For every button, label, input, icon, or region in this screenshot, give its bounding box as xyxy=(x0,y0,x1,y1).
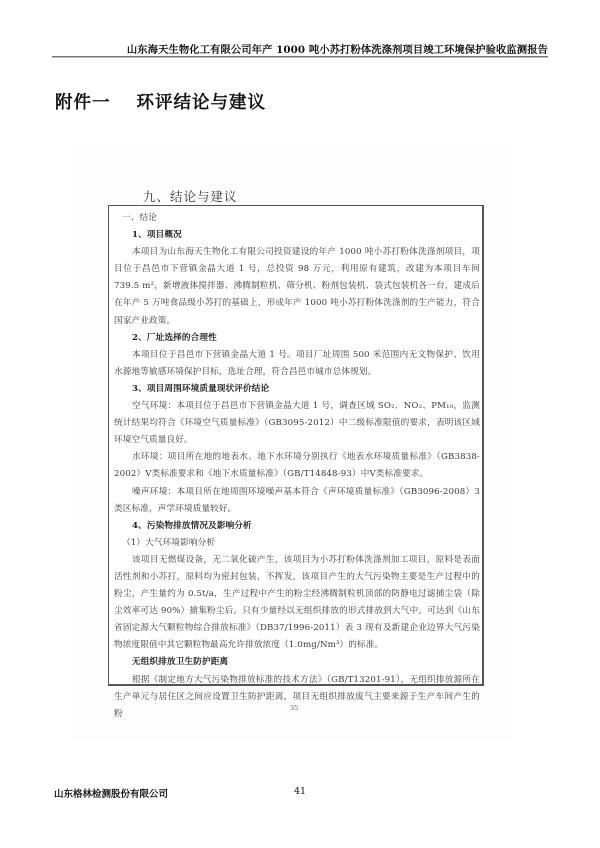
para-5: 3、项目周围环境质量现状评价结论 xyxy=(114,381,480,398)
scanned-page-number: 35 xyxy=(290,704,298,712)
para-6: 空气环境：本项目位于昌邑市下营镇金晶大道 1 号，调查区域 SO₂、NO₂、PM… xyxy=(114,398,480,449)
appendix-title: 附件一环评结论与建议 xyxy=(55,89,266,114)
appendix-label: 附件一 xyxy=(55,93,111,113)
para-1: 1、项目概况 xyxy=(114,227,480,244)
para-2: 本项目为山东海天生物化工有限公司投资建设的年产 1000 吨小苏打粉体洗涤剂项目… xyxy=(114,244,480,329)
para-9: 4、污染物排放情况及影响分析 xyxy=(114,518,480,535)
para-12: 无组织排放卫生防护距离 xyxy=(114,654,480,671)
scanned-section-title: 九、结论与建议 xyxy=(143,187,238,205)
para-13: 根据《制定地方大气污染物排放标准的技术方法》（GB/T13201-91），无组织… xyxy=(114,672,480,723)
appendix-heading: 环评结论与建议 xyxy=(137,93,267,113)
footer-page-number: 41 xyxy=(294,786,306,797)
para-10: （1）大气环境影响分析 xyxy=(114,535,480,552)
footer-company: 山东格林检测股份有限公司 xyxy=(54,786,168,800)
header-rule xyxy=(52,56,548,58)
para-11: 该项目无燃煤设备，无二氧化硫产生，该项目为小苏打粉体洗涤剂加工项目，原料是表面活… xyxy=(114,552,480,655)
para-0: 一、结论 xyxy=(114,210,480,227)
running-header: 山东海天生物化工有限公司年产 1000 吨小苏打粉体洗涤剂项目竣工环境保护验收监… xyxy=(52,41,548,55)
para-4: 本项目位于昌邑市下营镇金晶大道 1 号。项目厂址周围 500 米范围内无文物保护… xyxy=(114,347,480,381)
para-8: 噪声环境：本项目所在地周围环境噪声基本符合《声环境质量标准》（GB3096-20… xyxy=(114,484,480,518)
para-3: 2、厂址选择的合理性 xyxy=(114,330,480,347)
para-7: 水环境：项目所在地的地表水、地下水环境分别执行《地表水环境质量标准》（GB383… xyxy=(114,449,480,483)
conclusion-text: 一、结论 1、项目概况 本项目为山东海天生物化工有限公司投资建设的年产 1000… xyxy=(114,210,480,723)
